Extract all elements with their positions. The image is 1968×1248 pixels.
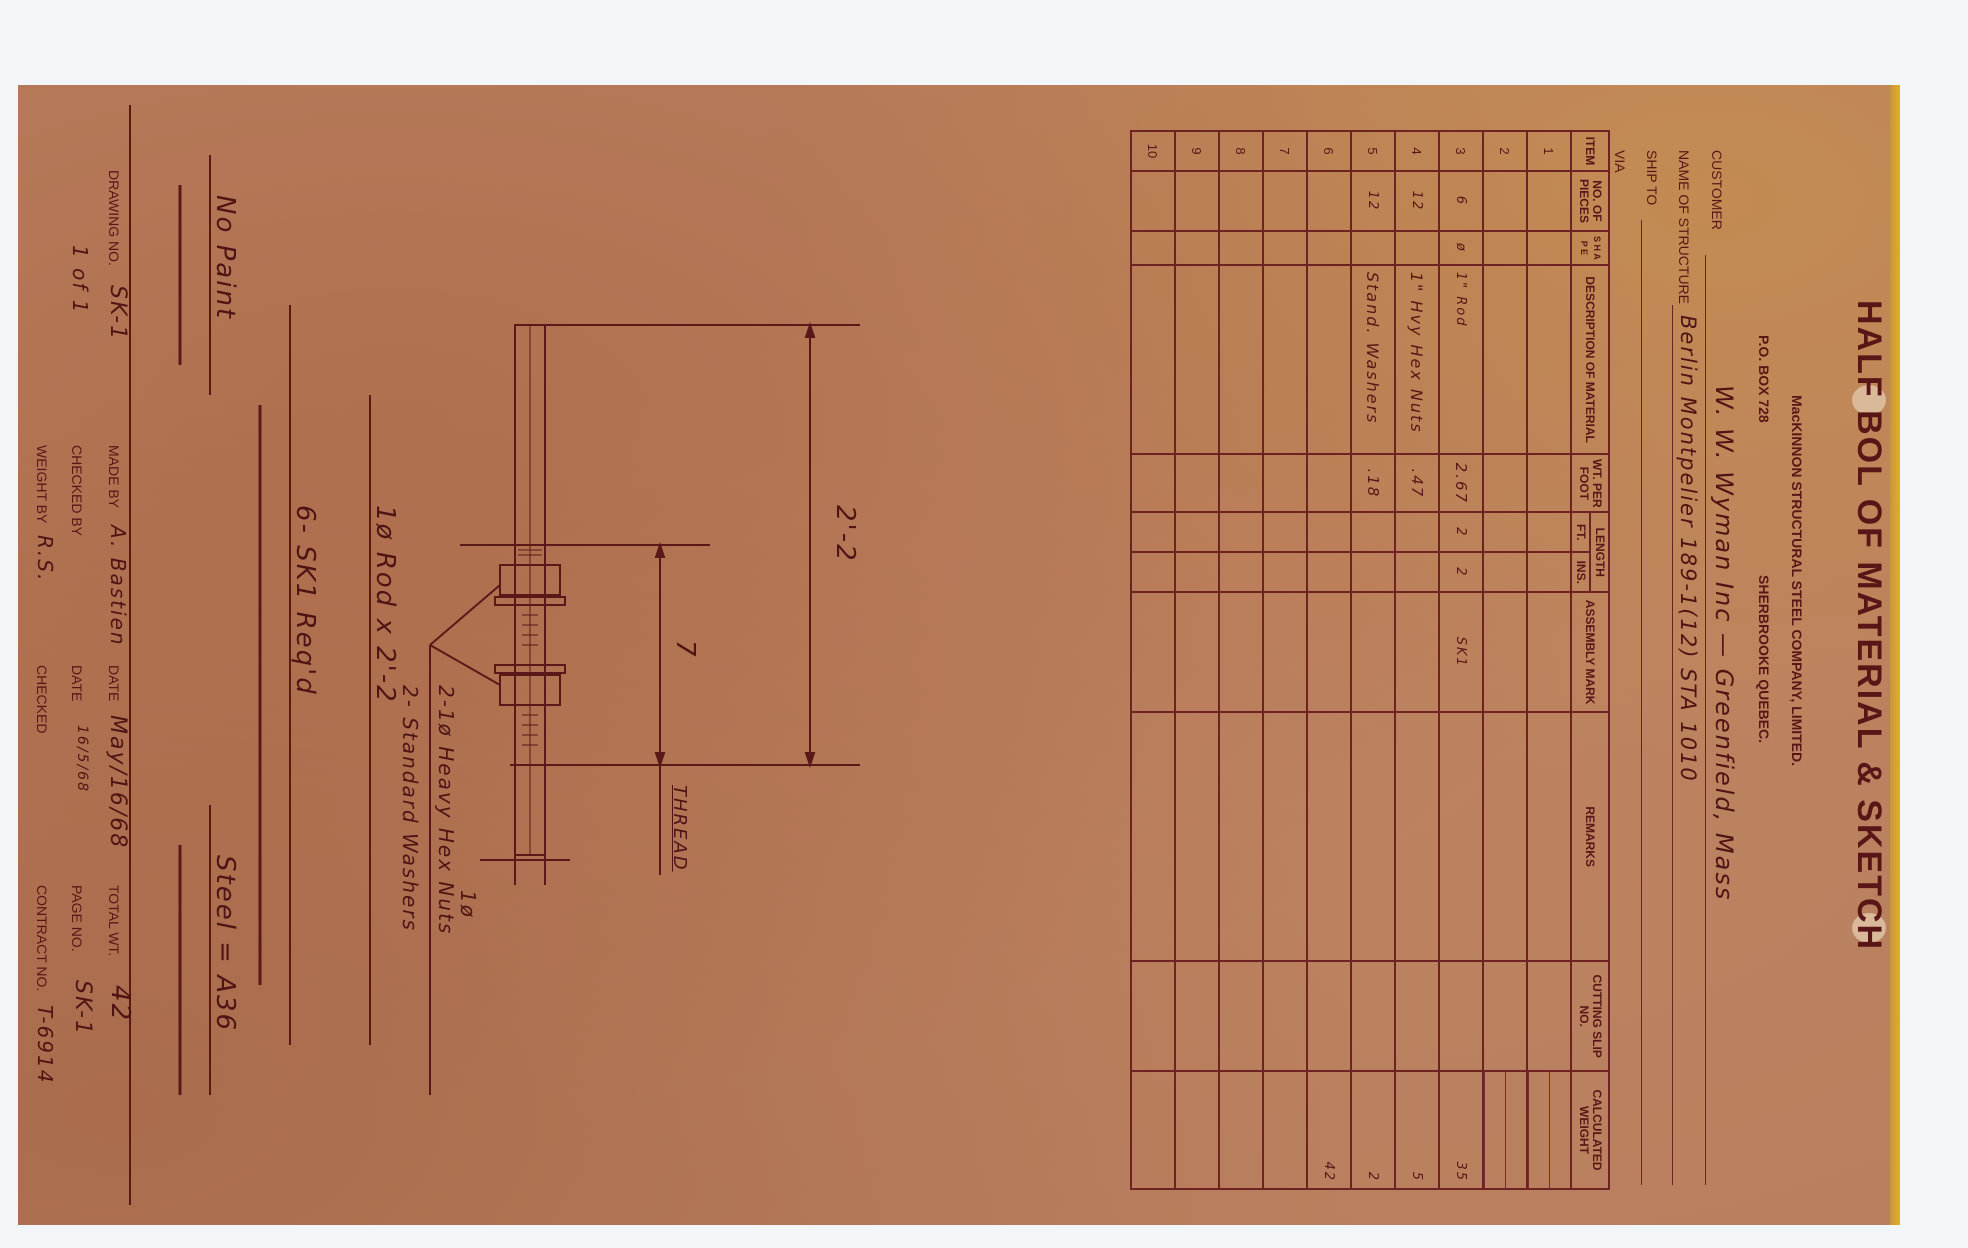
diameter-dim: 1ø <box>456 890 480 919</box>
date-made: May/16/68 <box>105 715 130 849</box>
total-wt: 42 <box>105 985 135 1022</box>
thread-length-dim: 7 <box>670 640 700 659</box>
rotated-form: HALF BOL OF MATERIAL & SKETCH MacKINNON … <box>18 85 1900 1225</box>
steel-note: Steel = A36 <box>210 855 240 1032</box>
contract-no: T-6914 <box>33 1005 57 1084</box>
weight-by-label: WEIGHT BY <box>34 445 50 523</box>
made-by: A. Bastien <box>106 525 130 647</box>
bill-of-material-sheet: HALF BOL OF MATERIAL & SKETCH MacKINNON … <box>18 85 1900 1225</box>
weight-by: R.S. <box>33 535 57 582</box>
drawing-no: SK-1 <box>105 285 130 341</box>
date-checked: 16/5/68 <box>74 725 90 793</box>
date-checked-label: DATE <box>69 665 85 701</box>
nuts-callout: 2-1ø Heavy Hex Nuts <box>434 685 458 935</box>
checked-label: CHECKED <box>34 665 50 733</box>
drawing-no-label: DRAWING NO. <box>106 170 122 266</box>
washers-callout: 2- Standard Washers <box>398 685 422 932</box>
contract-no-label: CONTRACT NO. <box>34 885 50 991</box>
thread-label: THREAD <box>669 785 690 872</box>
overall-length-dim: 2'-2 <box>830 505 860 563</box>
total-wt-label: TOTAL WT. <box>106 885 122 956</box>
made-by-label: MADE BY <box>106 445 122 508</box>
page-no-label: PAGE NO. <box>69 885 85 952</box>
paint-note: No Paint <box>210 195 240 320</box>
sheet-of: 1 of 1 <box>68 245 92 314</box>
page-no: SK-1 <box>70 980 95 1036</box>
date-label: DATE <box>106 665 122 701</box>
checked-by-label: CHECKED BY <box>69 445 85 536</box>
qty-note: 6- SK1 Req'd <box>290 505 320 696</box>
rod-note: 1ø Rod x 2'-2 <box>370 505 400 704</box>
